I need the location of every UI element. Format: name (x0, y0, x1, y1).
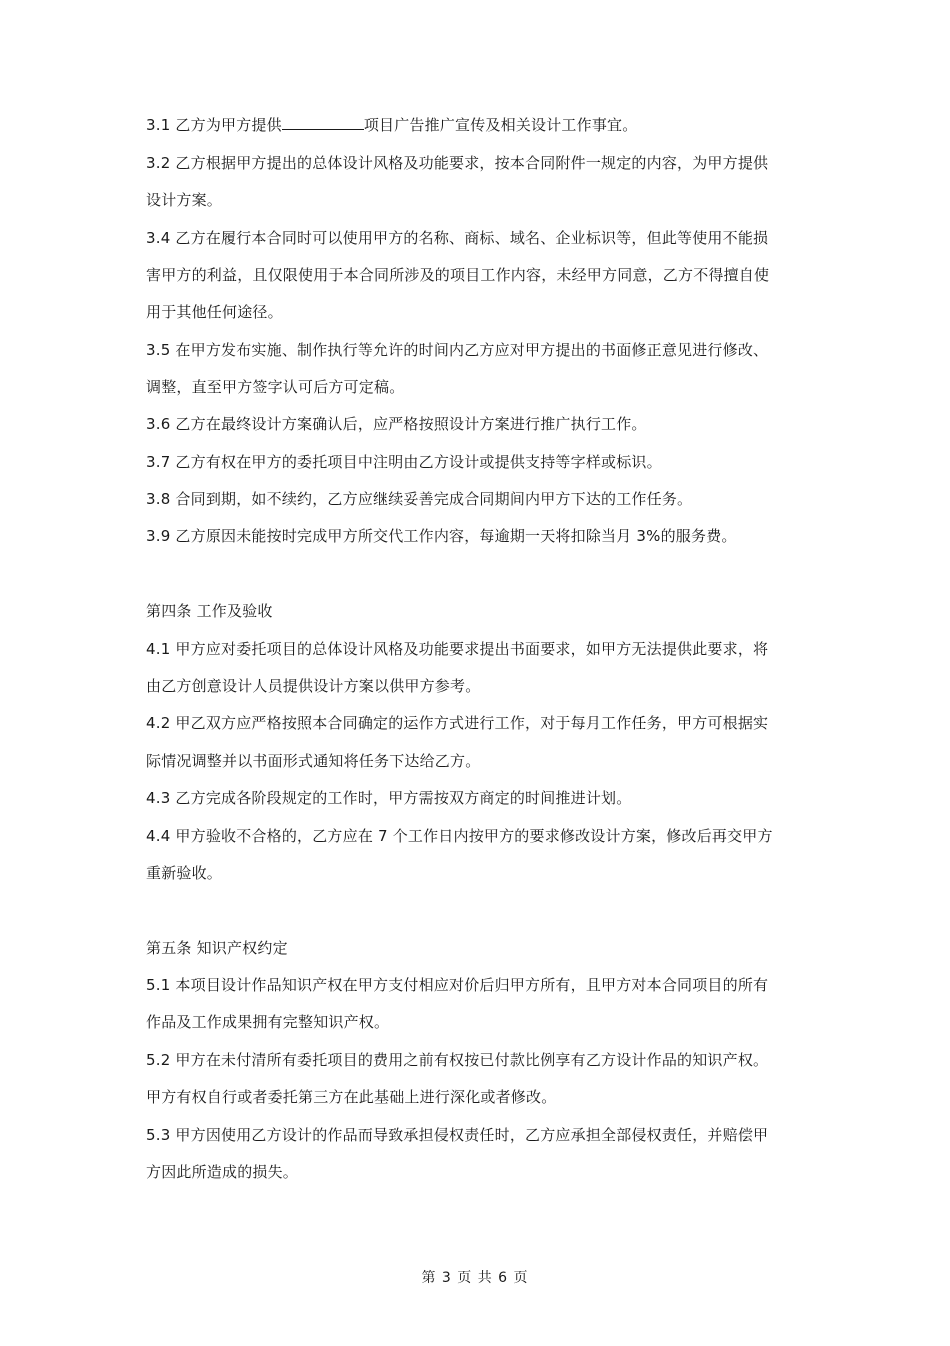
clause-5-2-cont: 甲方有权自行或者委托第三方在此基础上进行深化或者修改。 (146, 1087, 556, 1107)
clause-5-2: 5.2 甲方在未付清所有委托项目的费用之前有权按已付款比例享有乙方设计作品的知识… (146, 1050, 768, 1070)
article-4-heading: 第四条 工作及验收 (146, 601, 273, 621)
clause-4-2: 4.2 甲乙双方应严格按照本合同确定的运作方式进行工作，对于每月工作任务，甲方可… (146, 713, 768, 733)
clause-4-4-cont: 重新验收。 (146, 863, 222, 883)
article-5-heading: 第五条 知识产权约定 (146, 938, 288, 958)
clause-3-4-cont: 害甲方的利益，且仅限使用于本合同所涉及的项目工作内容，未经甲方同意，乙方不得擅自… (146, 265, 769, 285)
clause-3-2: 3.2 乙方根据甲方提出的总体设计风格及功能要求，按本合同附件一规定的内容，为甲… (146, 153, 768, 173)
clause-5-3: 5.3 甲方因使用乙方设计的作品而导致承担侵权责任时，乙方应承担全部侵权责任，并… (146, 1125, 768, 1145)
clause-3-4-cont: 用于其他任何途径。 (146, 302, 283, 322)
clause-3-4: 3.4 乙方在履行本合同时可以使用甲方的名称、商标、域名、企业标识等，但此等使用… (146, 228, 768, 248)
document-page: 3.1 乙方为甲方提供项目广告推广宣传及相关设计工作事宜。 3.2 乙方根据甲方… (0, 0, 950, 1346)
clause-3-2-cont: 设计方案。 (146, 190, 222, 210)
fill-in-blank (282, 115, 364, 130)
clause-5-3-cont: 方因此所造成的损失。 (146, 1162, 298, 1182)
clause-3-9: 3.9 乙方原因未能按时完成甲方所交代工作内容，每逾期一天将扣除当月 3%的服务… (146, 526, 737, 546)
clause-4-3: 4.3 乙方完成各阶段规定的工作时，甲方需按双方商定的时间推进计划。 (146, 788, 631, 808)
clause-text: 3.1 乙方为甲方提供 (146, 116, 282, 134)
clause-4-4: 4.4 甲方验收不合格的，乙方应在 7 个工作日内按甲方的要求修改设计方案，修改… (146, 826, 773, 846)
page-number-footer: 第 3 页 共 6 页 (0, 1268, 950, 1288)
clause-3-6: 3.6 乙方在最终设计方案确认后，应严格按照设计方案进行推广执行工作。 (146, 414, 647, 434)
clause-3-5-cont: 调整，直至甲方签字认可后方可定稿。 (146, 377, 404, 397)
clause-4-1: 4.1 甲方应对委托项目的总体设计风格及功能要求提出书面要求，如甲方无法提供此要… (146, 639, 768, 659)
clause-5-1-cont: 作品及工作成果拥有完整知识产权。 (146, 1012, 389, 1032)
clause-3-7: 3.7 乙方有权在甲方的委托项目中注明由乙方设计或提供支持等字样或标识。 (146, 452, 662, 472)
clause-4-2-cont: 际情况调整并以书面形式通知将任务下达给乙方。 (146, 751, 480, 771)
clause-4-1-cont: 由乙方创意设计人员提供设计方案以供甲方参考。 (146, 676, 480, 696)
clause-3-1: 3.1 乙方为甲方提供项目广告推广宣传及相关设计工作事宜。 (146, 115, 637, 135)
clause-text: 项目广告推广宣传及相关设计工作事宜。 (364, 116, 638, 134)
clause-3-5: 3.5 在甲方发布实施、制作执行等允许的时间内乙方应对甲方提出的书面修正意见进行… (146, 340, 768, 360)
clause-3-8: 3.8 合同到期，如不续约，乙方应继续妥善完成合同期间内甲方下达的工作任务。 (146, 489, 692, 509)
clause-5-1: 5.1 本项目设计作品知识产权在甲方支付相应对价后归甲方所有，且甲方对本合同项目… (146, 975, 768, 995)
